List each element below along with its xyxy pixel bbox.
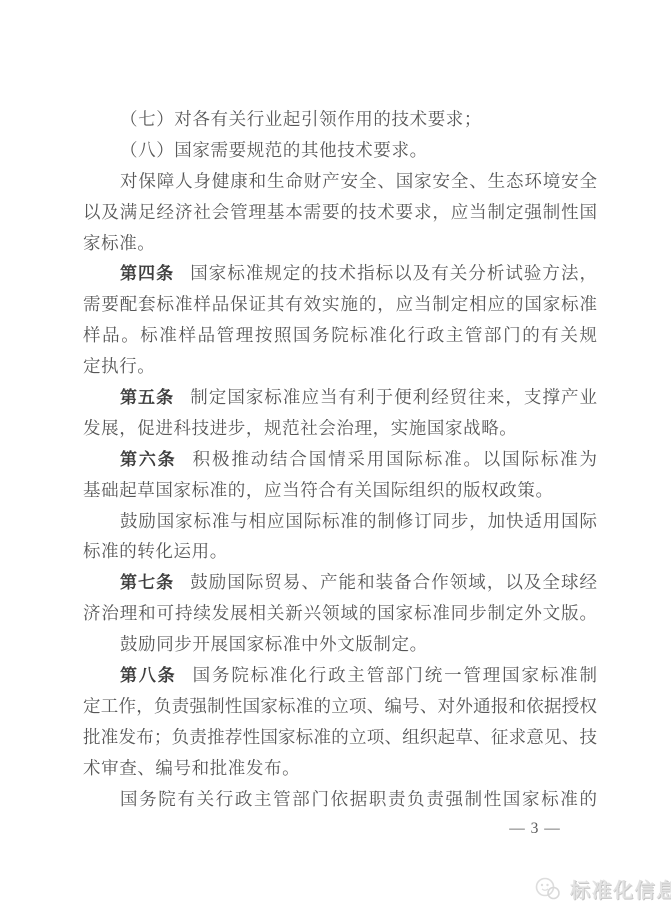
text-line: 第六条积极推动结合国情采用国际标准。以国际标准为 [83,444,597,475]
article-number: 第五条 [120,388,174,407]
text-line: 第四条国家标准规定的技术指标以及有关分析试验方法， [83,258,597,289]
text-line: 家标准。 [83,228,597,259]
text-line: （八）国家需要规范的其他技术要求。 [83,135,597,166]
text-line: 定执行。 [83,351,597,382]
text-line: 鼓励同步开展国家标准中外文版制定。 [83,629,597,660]
text-line-body: 制定国家标准应当有利于便利经贸往来，支撑产业 [190,387,597,407]
text-line: 定工作，负责强制性国家标准的立项、编号、对外通报和依据授权 [83,691,597,722]
text-line-body: 积极推动结合国情采用国际标准。以国际标准为 [193,449,597,469]
text-line: 需要配套标准样品保证其有效实施的，应当制定相应的国家标准 [83,289,597,320]
article-number: 第六条 [120,450,177,469]
text-line: 对保障人身健康和生命财产安全、国家安全、生态环境安全 [83,166,597,197]
standardization-info-logo-icon [534,875,564,903]
text-line: 以及满足经济社会管理基本需要的技术要求，应当制定强制性国 [83,197,597,228]
text-line: 济治理和可持续发展相关新兴领域的国家标准同步制定外文版。 [83,598,597,629]
text-line: （七）对各有关行业起引领作用的技术要求； [83,104,597,135]
text-line: 国务院有关行政主管部门依据职责负责强制性国家标准的 [83,784,597,815]
text-line-body: 国家标准规定的技术指标以及有关分析试验方法， [190,263,597,283]
watermark: 标准化信息 [534,874,671,903]
text-line: 第七条鼓励国际贸易、产能和装备合作领域，以及全球经 [83,567,597,598]
article-number: 第四条 [120,264,174,283]
text-line: 第五条制定国家标准应当有利于便利经贸往来，支撑产业 [83,382,597,413]
text-line-body: 国务院标准化行政主管部门统一管理国家标准制 [193,665,597,685]
text-line: 发展，促进科技进步，规范社会治理，实施国家战略。 [83,413,597,444]
text-line-body: 鼓励国际贸易、产能和装备合作领域，以及全球经 [190,572,597,592]
article-number: 第八条 [120,666,177,685]
document-body: （七）对各有关行业起引领作用的技术要求； （八）国家需要规范的其他技术要求。 对… [83,104,597,814]
text-line: 鼓励国家标准与相应国际标准的制修订同步，加快适用国际 [83,506,597,537]
text-line: 样品。标准样品管理按照国务院标准化行政主管部门的有关规 [83,320,597,351]
text-line: 基础起草国家标准的，应当符合有关国际组织的版权政策。 [83,475,597,506]
article-number: 第七条 [120,573,174,592]
watermark-label: 标准化信息 [570,874,671,903]
text-line: 批准发布；负责推荐性国家标准的立项、组织起草、征求意见、技 [83,722,597,753]
text-line: 标准的转化运用。 [83,536,597,567]
document-page: （七）对各有关行业起引领作用的技术要求； （八）国家需要规范的其他技术要求。 对… [0,0,671,923]
page-number: — 3 — [505,820,565,838]
text-line: 第八条国务院标准化行政主管部门统一管理国家标准制 [83,660,597,691]
text-line: 术审查、编号和批准发布。 [83,753,597,784]
